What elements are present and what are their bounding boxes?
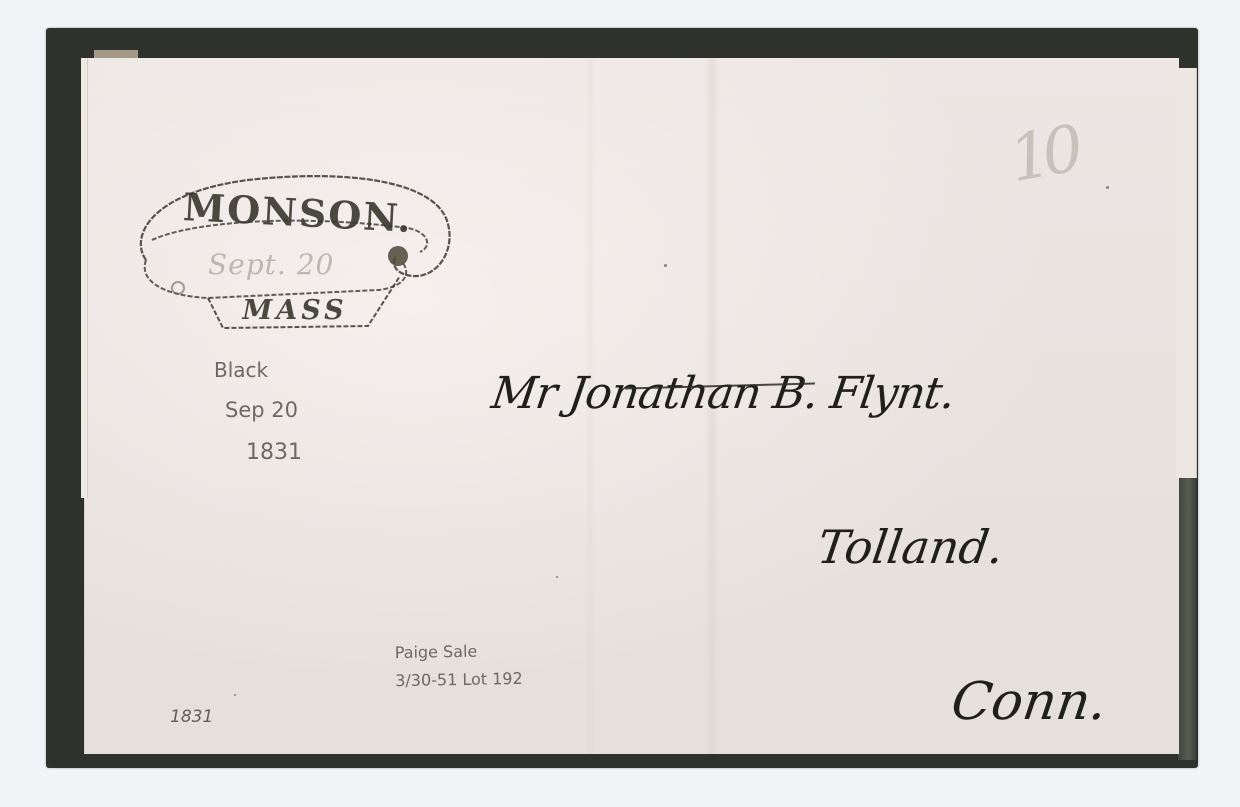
paper-speck — [556, 576, 558, 578]
provenance-line-1: Paige Sale — [395, 637, 523, 667]
postmark-date: Sept. 20 — [208, 248, 334, 281]
provenance-line-2: 3/30-51 Lot 192 — [395, 665, 523, 695]
address-recipient: Mr Jonathan B. Flynt. — [488, 368, 957, 419]
address-town: Tolland. — [814, 520, 1007, 574]
postmark: MONSON. Sept. 20 MASS — [128, 168, 458, 348]
pencil-note-date: Sep 20 — [225, 398, 298, 422]
pencil-note-year-bottom: 1831 — [170, 707, 213, 727]
pencil-note-year: 1831 — [246, 440, 302, 465]
address-state: Conn. — [948, 672, 1111, 732]
postmark-state: MASS — [220, 295, 370, 326]
mount-edge — [1178, 470, 1196, 760]
pencil-note-provenance: Paige Sale 3/30-51 Lot 192 — [395, 637, 523, 695]
cover-flap-edge — [81, 58, 88, 498]
paper-speck — [1106, 186, 1109, 189]
cover-fold-lip — [1176, 68, 1197, 478]
paper-speck — [664, 264, 667, 267]
document-photo: MONSON. Sept. 20 MASS 10 Black Sep 20 18… — [0, 0, 1240, 807]
rate-marking: 10 — [1004, 113, 1081, 197]
pencil-note-color: Black — [214, 358, 268, 382]
paper-speck — [234, 694, 236, 696]
